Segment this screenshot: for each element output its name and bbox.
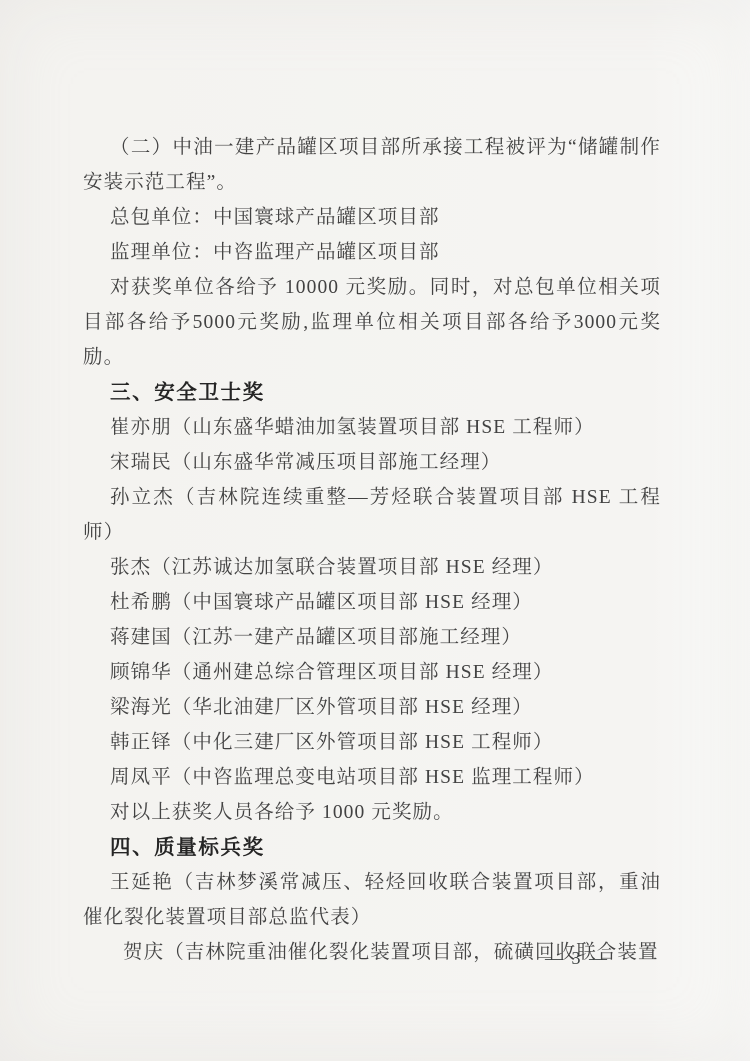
awardee-line: 王延艳（吉林梦溪常减压、轻烃回收联合装置项目部，重油催化裂化装置项目部总监代表） [83, 865, 661, 935]
paragraph-supervision-unit: 监理单位：中咨监理产品罐区项目部 [83, 235, 661, 270]
paragraph-award-amounts: 对获奖单位各给予 10000 元奖励。同时，对总包单位相关项目部各给予5000元… [83, 270, 661, 375]
awardee-line: 周凤平（中咨监理总变电站项目部 HSE 监理工程师） [83, 760, 661, 795]
awardee-line: 崔亦朋（山东盛华蜡油加氢装置项目部 HSE 工程师） [83, 410, 661, 445]
awardee-line: 蒋建国（江苏一建产品罐区项目部施工经理） [83, 620, 661, 655]
awardee-line: 孙立杰（吉林院连续重整—芳烃联合装置项目部 HSE 工程师） [83, 480, 661, 550]
paragraph-intro: （二）中油一建产品罐区项目部所承接工程被评为“储罐制作安装示范工程”。 [83, 130, 661, 200]
document-body: （二）中油一建产品罐区项目部所承接工程被评为“储罐制作安装示范工程”。总包单位：… [83, 130, 661, 970]
awardee-line: 顾锦华（通州建总综合管理区项目部 HSE 经理） [83, 655, 661, 690]
section-heading-quality-model-award: 四、质量标兵奖 [83, 830, 661, 865]
awardee-line: 韩正铎（中化三建厂区外管项目部 HSE 工程师） [83, 725, 661, 760]
paragraph-individual-award-amount: 对以上获奖人员各给予 1000 元奖励。 [83, 795, 661, 830]
awardee-line: 杜希鹏（中国寰球产品罐区项目部 HSE 经理） [83, 585, 661, 620]
awardee-line: 梁海光（华北油建厂区外管项目部 HSE 经理） [83, 690, 661, 725]
paragraph-general-contractor: 总包单位：中国寰球产品罐区项目部 [83, 200, 661, 235]
page-number: — 3 — [545, 948, 625, 969]
awardee-line: 宋瑞民（山东盛华常减压项目部施工经理） [83, 445, 661, 480]
awardee-line: 张杰（江苏诚达加氢联合装置项目部 HSE 经理） [83, 550, 661, 585]
document-page: （二）中油一建产品罐区项目部所承接工程被评为“储罐制作安装示范工程”。总包单位：… [0, 0, 750, 1061]
section-heading-safety-guard-award: 三、安全卫士奖 [83, 375, 661, 410]
